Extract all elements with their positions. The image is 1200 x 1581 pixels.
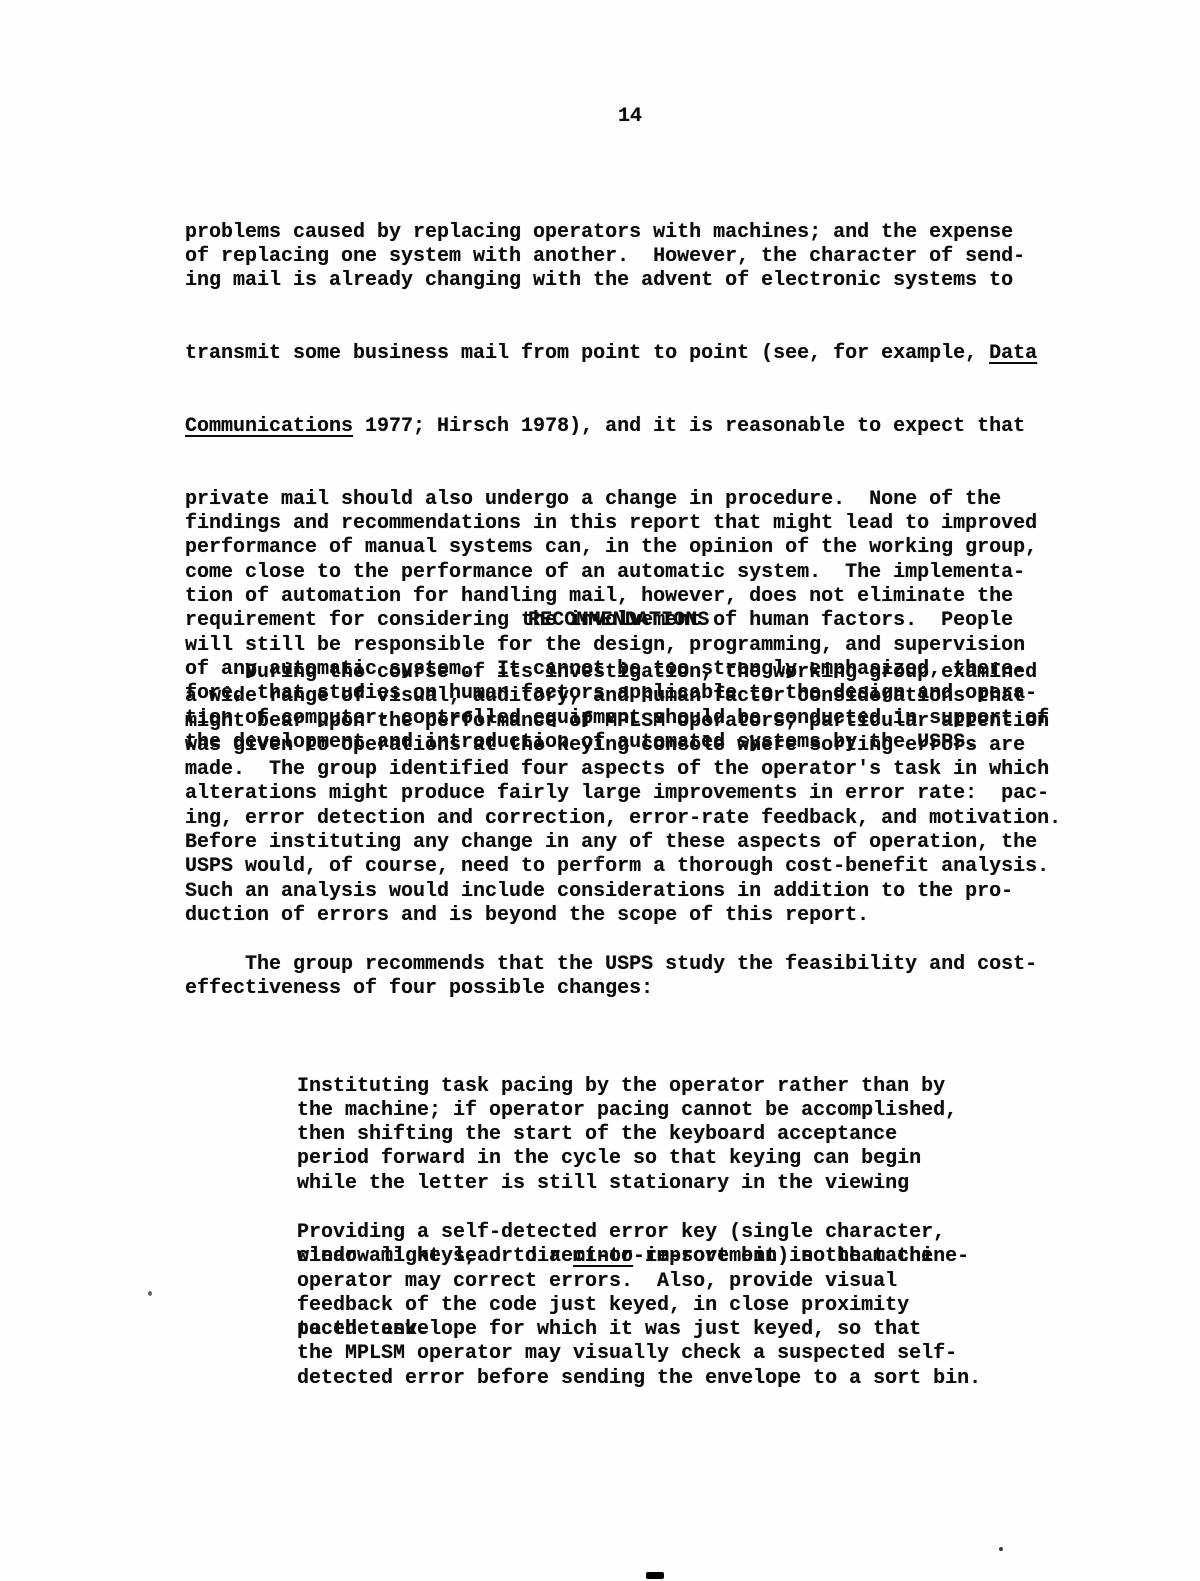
citation-line-pre: transmit some business mail from point t… xyxy=(185,342,989,365)
scan-artifact-dot-perform xyxy=(596,857,599,860)
underlined-citation-data: Data xyxy=(989,342,1037,365)
citation-line-data: transmit some business mail from point t… xyxy=(185,342,1049,366)
citation-line-communications: Communications 1977; Hirsch 1978), and i… xyxy=(185,415,1049,439)
citation-line-post: 1977; Hirsch 1978), and it is reasonable… xyxy=(353,415,1025,438)
scan-artifact-dot-right xyxy=(999,1547,1003,1551)
section-heading-recommendations: RECOMMENDATIONS xyxy=(528,609,710,633)
scanned-document-page: 14 problems caused by replacing operator… xyxy=(0,0,1200,1581)
recommendation-item-error-key: Providing a self-detected error key (sin… xyxy=(297,1221,981,1391)
paragraph-investigation: During the course of its investigation, … xyxy=(185,661,1061,928)
scan-artifact-dot-left xyxy=(148,1291,152,1296)
scan-artifact-bottom-mark xyxy=(646,1572,664,1579)
recommendation-pacing-lines-a: Instituting task pacing by the operator … xyxy=(297,1075,969,1196)
page-number: 14 xyxy=(618,105,642,129)
underlined-citation-communications: Communications xyxy=(185,415,353,438)
paragraph-group-recommends: The group recommends that the USPS study… xyxy=(185,953,1037,1002)
intro-paragraph-lines-a: problems caused by replacing operators w… xyxy=(185,221,1049,294)
